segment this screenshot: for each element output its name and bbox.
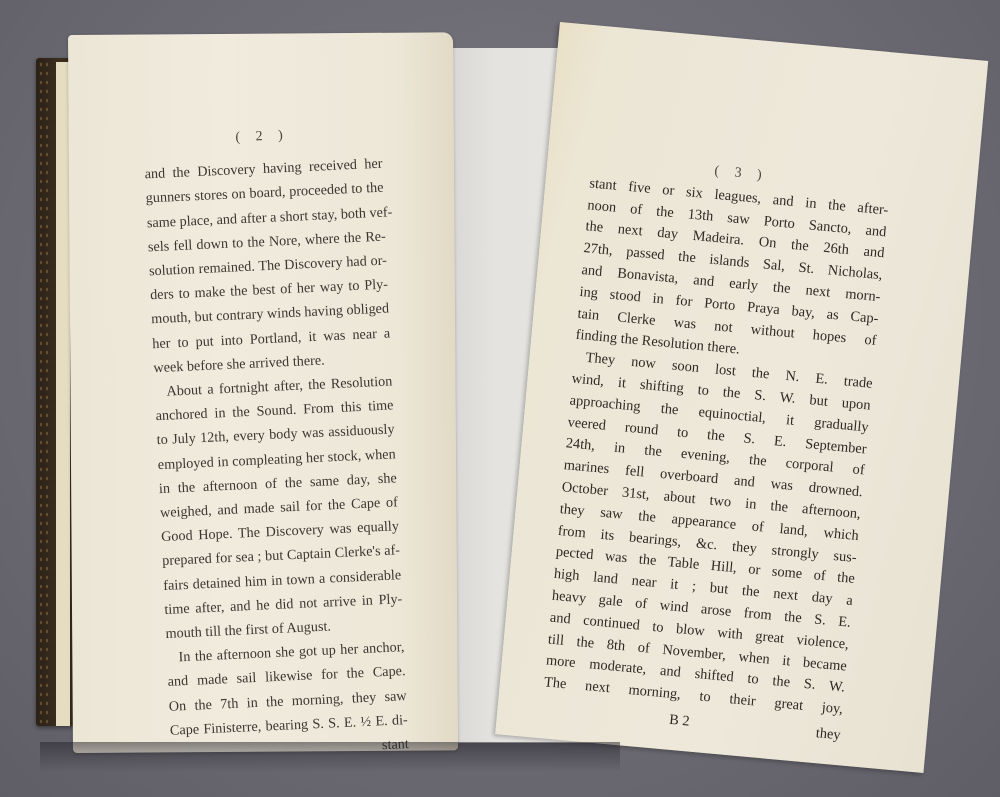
catchword: they	[815, 723, 842, 747]
book-shadow	[40, 742, 620, 772]
left-page: ( 2 ) and the Discovery having received …	[68, 32, 458, 753]
left-page-text: ( 2 ) and the Discovery having received …	[143, 120, 410, 767]
right-page-text: ( 3 ) stant five or six leagues, and in …	[541, 149, 892, 747]
right-page-loose-leaf: ( 3 ) stant five or six leagues, and in …	[495, 22, 988, 773]
cover-marbling	[38, 60, 52, 724]
left-page-folio: ( 2 )	[143, 120, 382, 155]
